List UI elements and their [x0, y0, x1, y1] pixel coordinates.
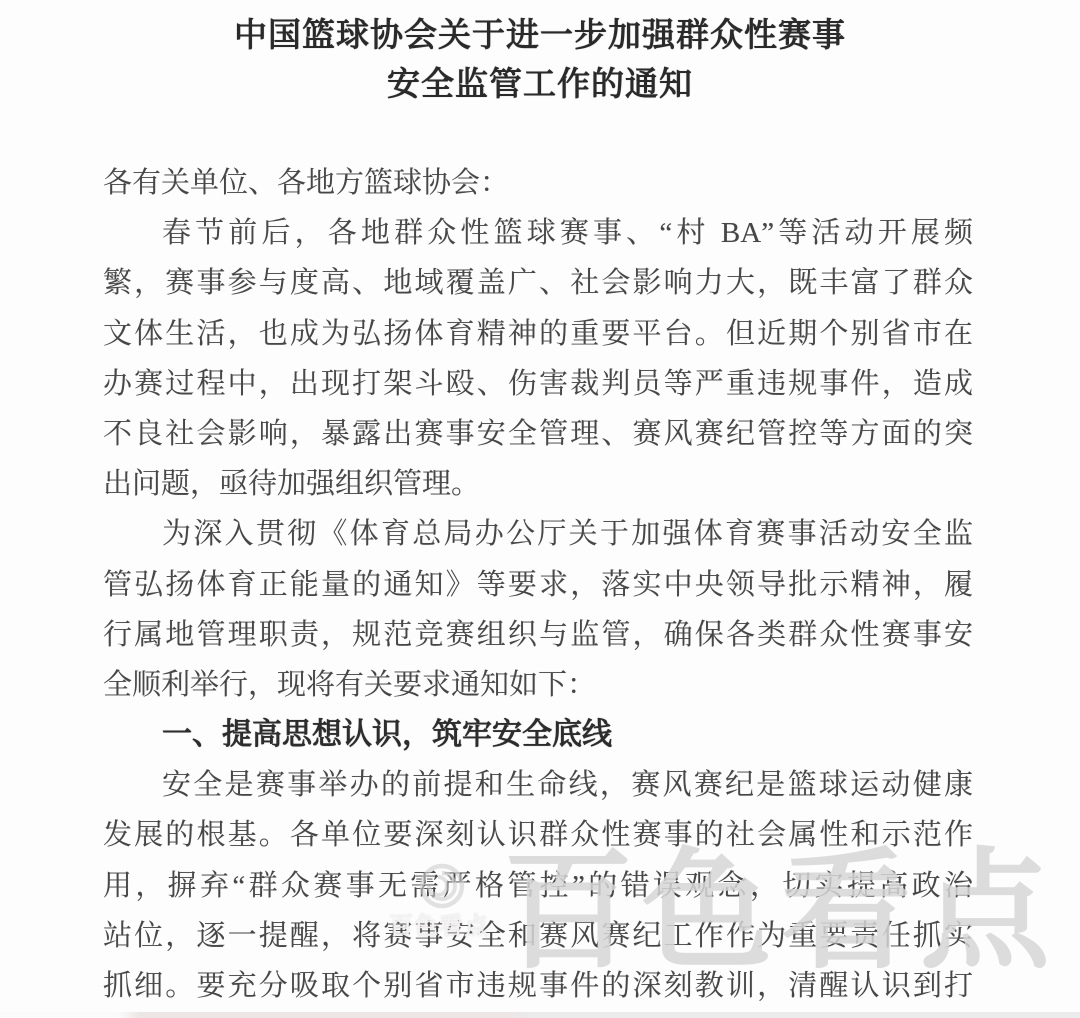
body-line: 繁，赛事参与度高、地域覆盖广、社会影响力大，既丰富了群众 [103, 258, 973, 308]
notice-document-page: 中国篮球协会关于进一步加强群众性赛事 安全监管工作的通知 各有关单位、各地方篮球… [0, 0, 1080, 1018]
body-line: 文体生活，也成为弘扬体育精神的重要平台。但近期个别省市在 [103, 309, 973, 359]
body-line: 出问题，亟待加强组织管理。 [103, 459, 973, 509]
notice-title-line: 安全监管工作的通知 [0, 61, 1080, 110]
watermark-logo-icon [417, 861, 467, 911]
body-line: 安全是赛事举办的前提和生命线，赛风赛纪是篮球运动健康 [103, 760, 973, 810]
notice-title-line: 中国篮球协会关于进一步加强群众性赛事 [0, 12, 1080, 61]
section-heading: 一、提高思想认识，筑牢安全底线 [103, 710, 973, 760]
body-line: 全顺利举行，现将有关要求通知如下： [103, 660, 973, 710]
notice-title: 中国篮球协会关于进一步加强群众性赛事 安全监管工作的通知 [0, 12, 1080, 110]
body-line: 办赛过程中，出现打架斗殴、伤害裁判员等严重违规事件，造成 [103, 359, 973, 409]
watermark-small-text: 百色看点 [389, 912, 489, 942]
scan-edge-strip [0, 1012, 1080, 1018]
body-line: 不良社会影响，暴露出赛事安全管理、赛风赛纪管控等方面的突 [103, 409, 973, 459]
body-line: 行属地管理职责，规范竞赛组织与监管，确保各类群众性赛事安 [103, 610, 973, 660]
body-line: 春节前后，各地群众性篮球赛事、“村 BA”等活动开展频 [103, 208, 973, 258]
watermark-large-text: 百色看点 [503, 842, 1059, 980]
salutation-line: 各有关单位、各地方篮球协会： [103, 158, 973, 208]
body-line: 管弘扬体育正能量的通知》等要求，落实中央领导批示精神，履 [103, 560, 973, 610]
body-line: 为深入贯彻《体育总局办公厅关于加强体育赛事活动安全监 [103, 509, 973, 559]
